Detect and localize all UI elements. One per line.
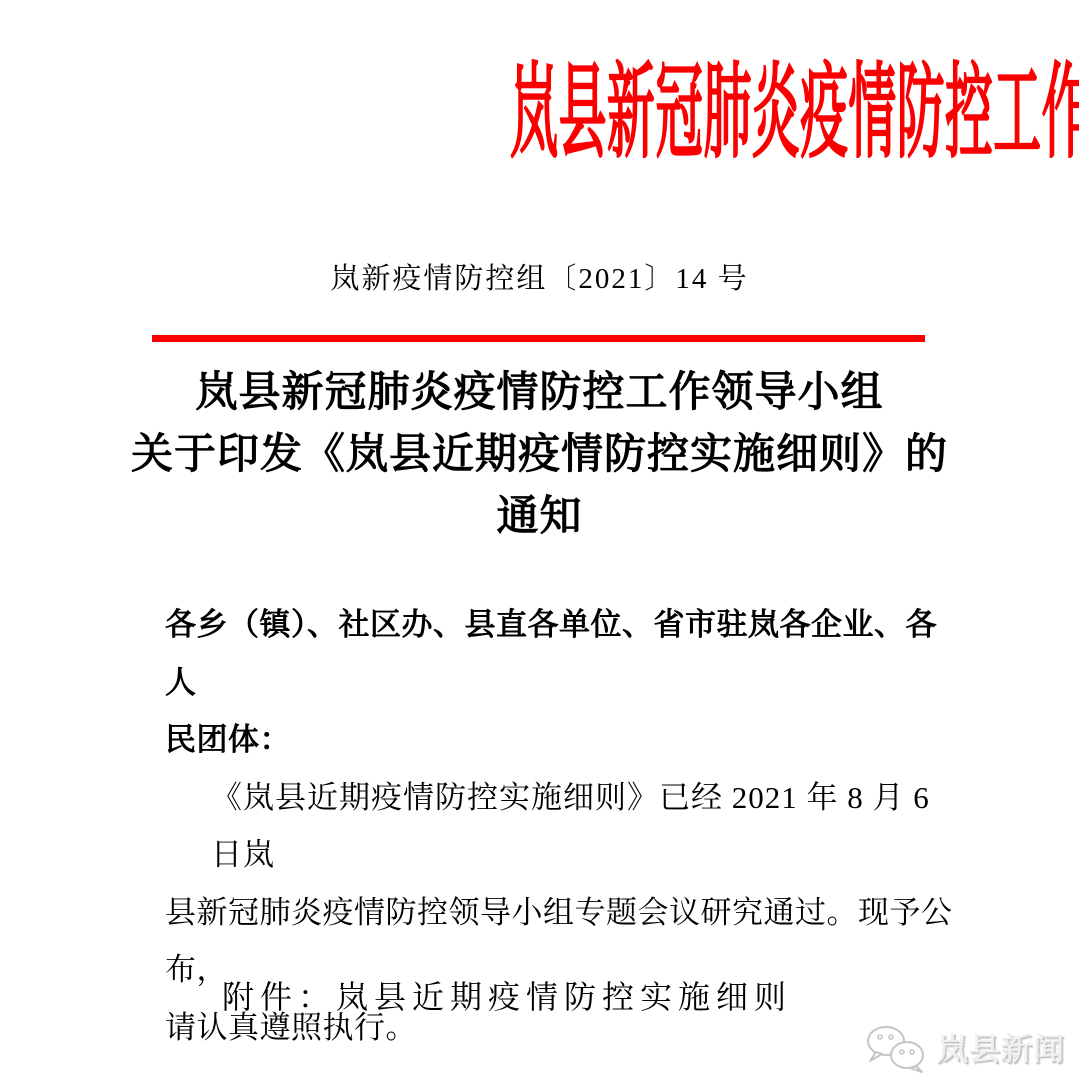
document-title-line-2: 关于印发《岚县近期疫情防控实施细则》的	[0, 424, 1079, 486]
attachment-line: 附件：岚县近期疫情防控实施细则	[165, 972, 965, 1022]
official-document-page: 岚县新冠肺炎疫情防控工作领导小组文件 岚新疫情防控组〔2021〕14 号 岚县新…	[0, 0, 1079, 1091]
document-title-line-1: 岚县新冠肺炎疫情防控工作领导小组	[0, 362, 1079, 424]
red-header-banner-text: 岚县新冠肺炎疫情防控工作领导小组文件	[510, 58, 1079, 170]
salutation-line-2: 民团体：	[165, 711, 965, 769]
document-title: 岚县新冠肺炎疫情防控工作领导小组 关于印发《岚县近期疫情防控实施细则》的 通知	[0, 362, 1079, 548]
red-divider-line	[152, 335, 925, 342]
red-header-banner: 岚县新冠肺炎疫情防控工作领导小组文件	[0, 58, 1079, 170]
publisher-name: 岚县新闻	[937, 1034, 1065, 1065]
salutation-line-1: 各乡（镇）、社区办、县直各单位、省市驻岚各企业、各人	[165, 596, 965, 711]
publisher-watermark: 岚县新闻	[864, 1025, 1065, 1073]
body-line-1: 《岚县近期疫情防控实施细则》已经 2021 年 8 月 6 日岚	[165, 769, 965, 884]
document-number: 岚新疫情防控组〔2021〕14 号	[0, 260, 1079, 298]
wechat-icon	[864, 1025, 930, 1073]
document-title-line-3: 通知	[0, 486, 1079, 548]
